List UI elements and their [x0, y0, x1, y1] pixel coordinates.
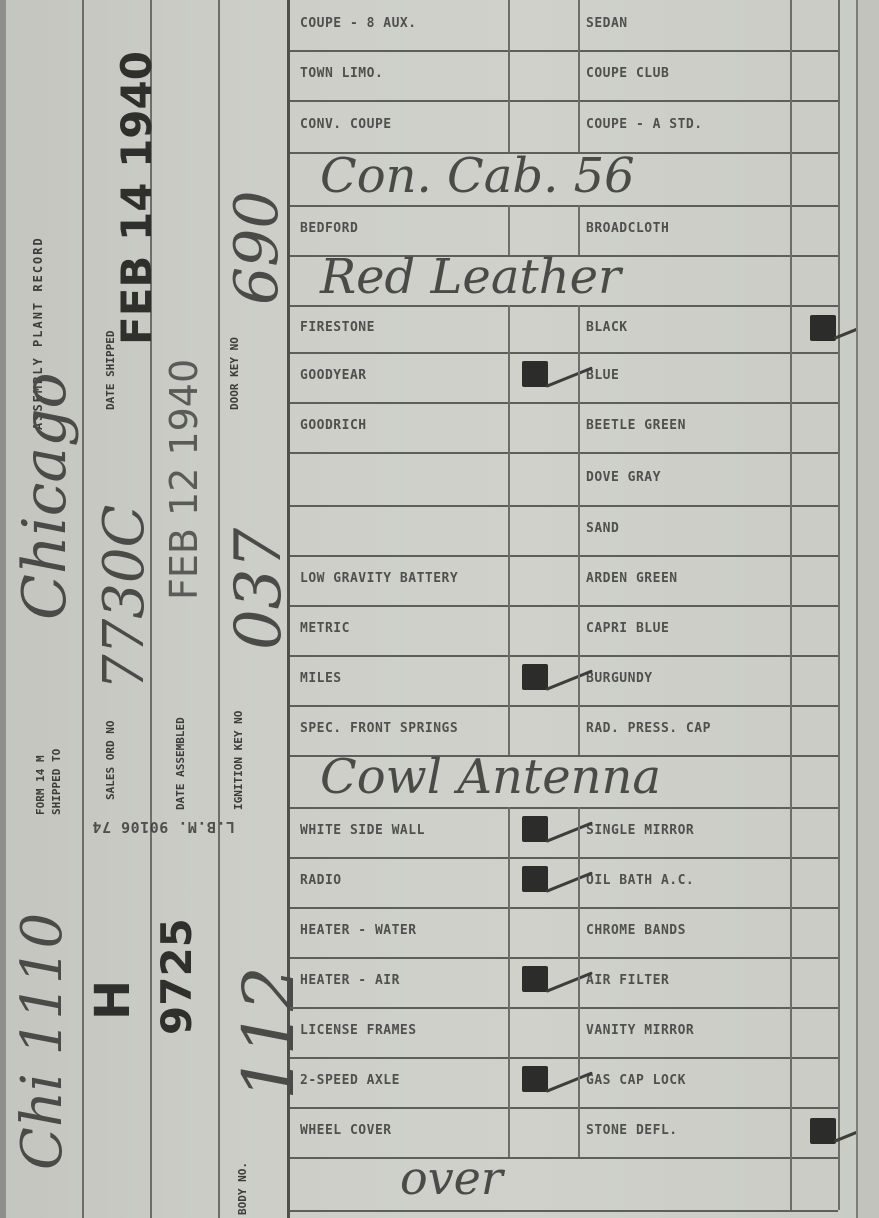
handwritten-note: over — [400, 1151, 503, 1205]
grid-row: DOVE GRAY — [290, 452, 838, 505]
option-label-left: GOODYEAR — [300, 368, 367, 383]
grid-col-line — [508, 205, 510, 255]
option-label-right: GAS CAP LOCK — [586, 1073, 686, 1088]
shipped-to-label: SHIPPED TO — [50, 749, 63, 815]
option-checkbox-right[interactable] — [790, 0, 838, 50]
card-left-edge — [0, 0, 6, 1218]
grid-row: CONV. COUPECOUPE - A STD. — [290, 100, 838, 152]
grid-row: Cowl Antenna — [290, 755, 838, 807]
option-label-left: HEATER - WATER — [300, 923, 417, 938]
grid-col-line — [578, 100, 580, 152]
grid-row: Red Leather — [290, 255, 838, 305]
car-number: 9725 — [152, 918, 201, 1035]
grid-right-border — [838, 0, 840, 1210]
grid-col-line — [578, 605, 580, 655]
option-checkbox-right[interactable] — [790, 452, 838, 505]
option-label-left: BEDFORD — [300, 221, 358, 236]
grid-row: SPEC. FRONT SPRINGSRAD. PRESS. CAP — [290, 705, 838, 755]
grid-col-line — [578, 555, 580, 605]
option-checkbox-right[interactable] — [790, 605, 838, 655]
option-checkbox-left[interactable] — [508, 205, 578, 255]
grid-col-line — [508, 452, 510, 505]
check-mark-icon — [810, 1118, 836, 1144]
grid-row: GOODRICHBEETLE GREEN — [290, 402, 838, 452]
date-assembled-label: DATE ASSEMBLED — [174, 717, 187, 810]
option-checkbox-left[interactable] — [508, 402, 578, 452]
grid-col-line — [790, 1157, 792, 1210]
option-checkbox-left[interactable] — [508, 1057, 578, 1107]
option-label-left: TOWN LIMO. — [300, 66, 383, 81]
check-mark-icon — [522, 1066, 548, 1092]
option-label-right: RAD. PRESS. CAP — [586, 721, 711, 736]
grid-row: HEATER - WATERCHROME BANDS — [290, 907, 838, 957]
date-assembled-value: FEB 12 1940 — [162, 359, 206, 600]
check-mark-icon — [522, 816, 548, 842]
option-checkbox-left[interactable] — [508, 957, 578, 1007]
grid-row: COUPE - 8 AUX.SEDAN — [290, 0, 838, 50]
grid-col-line — [508, 505, 510, 555]
handwritten-note: Con. Cab. 56 — [320, 148, 635, 204]
grid-col-line — [508, 1107, 510, 1157]
grid-row: HEATER - AIRAIR FILTER — [290, 957, 838, 1007]
option-label-right: BURGUNDY — [586, 671, 653, 686]
date-shipped-value: FEB 14 1940 — [112, 51, 161, 345]
grid-col-line — [578, 505, 580, 555]
option-checkbox-right[interactable] — [790, 655, 838, 705]
grid-col-line — [508, 655, 510, 705]
option-checkbox-left[interactable] — [508, 807, 578, 857]
option-label-right: AIR FILTER — [586, 973, 669, 988]
option-checkbox-right[interactable] — [790, 1007, 838, 1057]
sales-ord-value: 7730C — [92, 505, 157, 690]
option-checkbox-left[interactable] — [508, 50, 578, 100]
grid-col-line — [508, 605, 510, 655]
option-label-right: SEDAN — [586, 16, 628, 31]
door-key-label: DOOR KEY NO — [228, 337, 241, 410]
grid-col-line — [790, 857, 792, 907]
option-label-right: COUPE - A STD. — [586, 117, 703, 132]
option-checkbox-right[interactable] — [790, 1107, 838, 1157]
option-checkbox-right[interactable] — [790, 402, 838, 452]
grid-col-line — [790, 755, 792, 807]
option-checkbox-left[interactable] — [508, 907, 578, 957]
option-checkbox-left[interactable] — [508, 857, 578, 907]
option-checkbox-left[interactable] — [508, 705, 578, 755]
grid-col-line — [578, 0, 580, 50]
grid-col-line — [790, 1057, 792, 1107]
grid-col-line — [790, 50, 792, 100]
option-label-left: LOW GRAVITY BATTERY — [300, 571, 458, 586]
ignition-key-label: IGNITION KEY NO — [232, 711, 245, 810]
option-checkbox-right[interactable] — [790, 957, 838, 1007]
grid-col-line — [790, 352, 792, 402]
option-checkbox-left[interactable] — [508, 305, 578, 352]
grid-col-line — [508, 705, 510, 755]
body-letter: H — [85, 980, 141, 1020]
option-checkbox-right[interactable] — [790, 205, 838, 255]
grid-col-line — [578, 50, 580, 100]
option-label-right: COUPE CLUB — [586, 66, 669, 81]
grid-col-line — [508, 807, 510, 857]
check-mark-icon — [522, 966, 548, 992]
option-label-left: LICENSE FRAMES — [300, 1023, 417, 1038]
lbm-stamp: L.B.M. 90106 74 — [92, 818, 235, 836]
grid-col-line — [508, 0, 510, 50]
option-label-left: METRIC — [300, 621, 350, 636]
grid-col-line — [578, 857, 580, 907]
grid-row: LOW GRAVITY BATTERYARDEN GREEN — [290, 555, 838, 605]
option-label-left: FIRESTONE — [300, 320, 375, 335]
grid-col-line — [790, 100, 792, 152]
grid-col-line — [790, 957, 792, 1007]
option-checkbox-right[interactable] — [790, 907, 838, 957]
handwritten-note: Cowl Antenna — [320, 749, 661, 805]
grid-col-line — [508, 50, 510, 100]
grid-col-line — [790, 907, 792, 957]
grid-row: MILESBURGUNDY — [290, 655, 838, 705]
handwritten-note: Red Leather — [320, 249, 621, 305]
assembly-plant-record-card: ASSEMBLY PLANT RECORD FORM 14 M SHIPPED … — [0, 0, 879, 1218]
option-label-right: CHROME BANDS — [586, 923, 686, 938]
grid-col-line — [790, 205, 792, 255]
grid-col-line — [578, 452, 580, 505]
grid-col-line — [578, 1057, 580, 1107]
grid-col-line — [578, 907, 580, 957]
grid-col-line — [578, 305, 580, 352]
grid-col-line — [790, 605, 792, 655]
grid-col-line — [578, 1107, 580, 1157]
option-checkbox-left[interactable] — [508, 0, 578, 50]
grid-row: SAND — [290, 505, 838, 555]
option-label-left: WHITE SIDE WALL — [300, 823, 425, 838]
left-column-divider-3 — [218, 0, 220, 1218]
grid-col-line — [790, 655, 792, 705]
check-mark-icon — [810, 315, 836, 341]
option-label-right: VANITY MIRROR — [586, 1023, 694, 1038]
grid-row-line — [290, 1210, 838, 1212]
grid-col-line — [508, 907, 510, 957]
grid-col-line — [508, 352, 510, 402]
option-checkbox-right[interactable] — [790, 705, 838, 755]
grid-row: FIRESTONEBLACK — [290, 305, 838, 352]
check-mark-icon — [522, 866, 548, 892]
option-label-right: BLACK — [586, 320, 628, 335]
grid-col-line — [508, 1057, 510, 1107]
option-label-left: CONV. COUPE — [300, 117, 392, 132]
grid-row: RADIOOIL BATH A.C. — [290, 857, 838, 907]
option-label-right: SINGLE MIRROR — [586, 823, 694, 838]
grid-col-line — [578, 807, 580, 857]
grid-col-line — [508, 857, 510, 907]
option-label-right: SAND — [586, 521, 619, 536]
card-right-edge — [856, 0, 879, 1218]
grid-col-line — [790, 705, 792, 755]
grid-col-line — [578, 205, 580, 255]
grid-row: BEDFORDBROADCLOTH — [290, 205, 838, 255]
grid-col-line — [578, 655, 580, 705]
option-label-right: STONE DEFL. — [586, 1123, 678, 1138]
option-label-left: WHEEL COVER — [300, 1123, 392, 1138]
grid-row: WHEEL COVERSTONE DEFL. — [290, 1107, 838, 1157]
option-label-left: HEATER - AIR — [300, 973, 400, 988]
option-checkbox-right[interactable] — [790, 305, 838, 352]
option-label-right: CAPRI BLUE — [586, 621, 669, 636]
option-label-left: GOODRICH — [300, 418, 367, 433]
grid-col-line — [790, 0, 792, 50]
grid-col-line — [508, 1007, 510, 1057]
option-label-right: OIL BATH A.C. — [586, 873, 694, 888]
grid-row: METRICCAPRI BLUE — [290, 605, 838, 655]
chassis-note: Chi 1110 — [10, 913, 75, 1170]
check-mark-icon — [522, 664, 548, 690]
option-checkbox-left[interactable] — [508, 1107, 578, 1157]
option-checkbox-left[interactable] — [508, 505, 578, 555]
grid-row: Con. Cab. 56 — [290, 152, 838, 205]
option-label-right: BROADCLOTH — [586, 221, 669, 236]
grid-col-line — [790, 807, 792, 857]
option-checkbox-right[interactable] — [790, 100, 838, 152]
grid-col-line — [790, 152, 792, 205]
form-label: FORM 14 M — [34, 755, 47, 815]
option-checkbox-left[interactable] — [508, 352, 578, 402]
door-key-value: 690 — [222, 190, 292, 305]
sales-ord-label: SALES ORD NO — [104, 721, 117, 800]
option-checkbox-left[interactable] — [508, 655, 578, 705]
grid-col-line — [508, 555, 510, 605]
grid-row: GOODYEARBLUE — [290, 352, 838, 402]
ignition-key-value: 037 — [222, 528, 296, 650]
option-label-left: COUPE - 8 AUX. — [300, 16, 417, 31]
left-column-divider-1 — [82, 0, 84, 1218]
body-no-label: BODY NO. — [236, 1162, 249, 1215]
check-mark-icon — [522, 361, 548, 387]
grid-col-line — [790, 452, 792, 505]
option-label-left: 2-SPEED AXLE — [300, 1073, 400, 1088]
shipped-to-value: Chicago — [10, 372, 80, 620]
grid-col-line — [790, 505, 792, 555]
option-label-right: DOVE GRAY — [586, 470, 661, 485]
grid-col-line — [790, 555, 792, 605]
option-label-left: MILES — [300, 671, 342, 686]
grid-row: LICENSE FRAMESVANITY MIRROR — [290, 1007, 838, 1057]
grid-row: 2-SPEED AXLEGAS CAP LOCK — [290, 1057, 838, 1107]
option-checkbox-left[interactable] — [508, 605, 578, 655]
option-checkbox-left[interactable] — [508, 452, 578, 505]
grid-col-line — [790, 1007, 792, 1057]
option-checkbox-left[interactable] — [508, 555, 578, 605]
option-checkbox-right[interactable] — [790, 1057, 838, 1107]
option-label-left: RADIO — [300, 873, 342, 888]
grid-col-line — [508, 957, 510, 1007]
grid-col-line — [790, 305, 792, 352]
grid-col-line — [508, 100, 510, 152]
grid-row: over — [290, 1157, 838, 1210]
option-checkbox-left[interactable] — [508, 1007, 578, 1057]
option-checkbox-right[interactable] — [790, 505, 838, 555]
grid-col-line — [578, 402, 580, 452]
grid-col-line — [508, 305, 510, 352]
grid-row: WHITE SIDE WALLSINGLE MIRROR — [290, 807, 838, 857]
grid-col-line — [790, 1107, 792, 1157]
grid-row: TOWN LIMO.COUPE CLUB — [290, 50, 838, 100]
option-label-left: SPEC. FRONT SPRINGS — [300, 721, 458, 736]
grid-col-line — [578, 705, 580, 755]
grid-col-line — [508, 402, 510, 452]
grid-col-line — [790, 402, 792, 452]
option-checkbox-right[interactable] — [790, 352, 838, 402]
grid-col-line — [578, 352, 580, 402]
grid-col-line — [578, 1007, 580, 1057]
grid-col-line — [578, 957, 580, 1007]
option-label-right: ARDEN GREEN — [586, 571, 678, 586]
option-checkbox-right[interactable] — [790, 555, 838, 605]
option-label-right: BEETLE GREEN — [586, 418, 686, 433]
option-checkbox-right[interactable] — [790, 807, 838, 857]
grid-col-line — [790, 255, 792, 305]
option-checkbox-left[interactable] — [508, 100, 578, 152]
option-checkbox-right[interactable] — [790, 857, 838, 907]
option-checkbox-right[interactable] — [790, 50, 838, 100]
option-label-right: BLUE — [586, 368, 619, 383]
